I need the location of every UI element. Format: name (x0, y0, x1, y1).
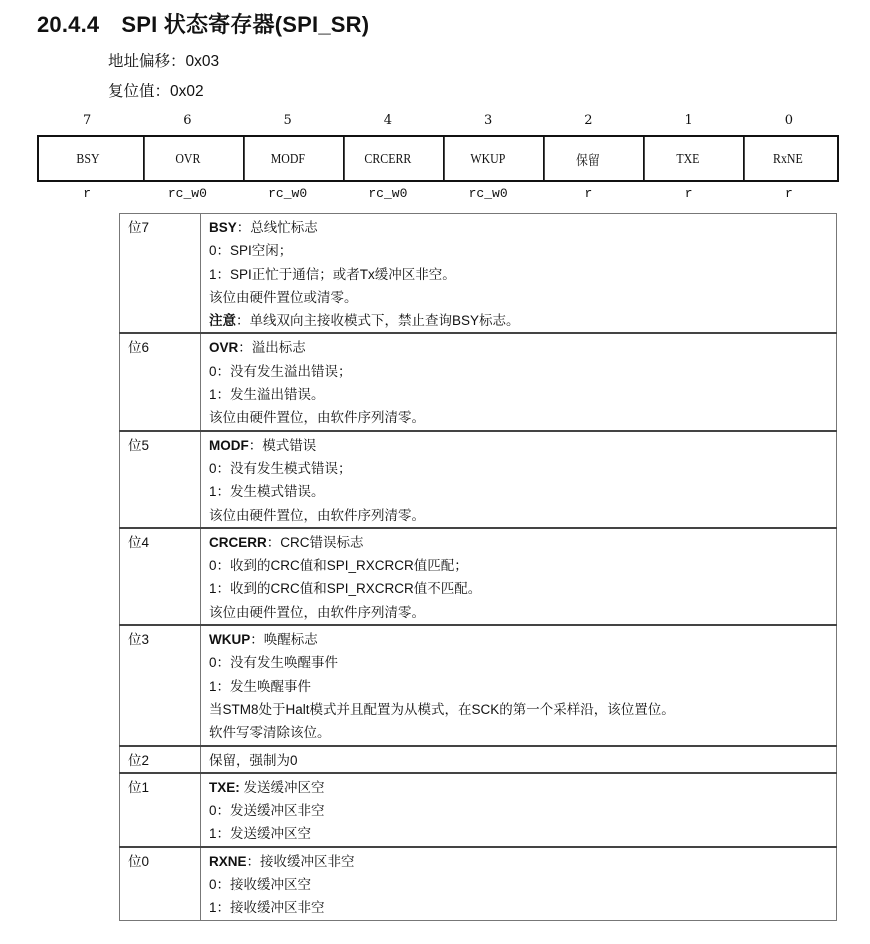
description-line: 0：没有发生唤醒事件 (209, 651, 836, 674)
bit-description: 保留，强制为0 (201, 746, 837, 773)
bit-number: 4 (338, 113, 438, 128)
register-field-ovr: OVR (143, 137, 231, 180)
register-field-wkup: WKUP (443, 137, 531, 180)
field-title: ：CRC错误标志 (267, 535, 364, 550)
access-type: r (639, 186, 739, 201)
register-bit-numbers: 7 6 5 4 3 2 1 0 (37, 113, 839, 128)
table-row: 位2 保留，强制为0 (120, 746, 837, 773)
access-type: rc_w0 (438, 186, 538, 201)
register-access-types: r rc_w0 rc_w0 rc_w0 rc_w0 r r r (37, 186, 839, 201)
description-line: 1：发送缓冲区空 (209, 822, 836, 845)
bit-description: MODF：模式错误 0：没有发生模式错误； 1：发生模式错误。 该位由硬件置位，… (201, 431, 837, 528)
section-number: 20.4.4 (37, 12, 99, 37)
description-line: 0：没有发生溢出错误； (209, 360, 836, 383)
description-line: 1：发生唤醒事件 (209, 675, 836, 698)
access-type: r (37, 186, 137, 201)
description-line: 1：发生模式错误。 (209, 480, 836, 503)
field-title: 发送缓冲区空 (240, 780, 325, 795)
bit-description-table: 位7 BSY：总线忙标志 0：SPI空闲； 1：SPI正忙于通信；或者Tx缓冲区… (119, 213, 837, 921)
register-field-crcerr: CRCERR (343, 137, 431, 180)
bit-number: 5 (238, 113, 338, 128)
description-line: 1：发生溢出错误。 (209, 383, 836, 406)
bit-number: 6 (137, 113, 237, 128)
description-line: 0：接收缓冲区空 (209, 873, 836, 896)
description-line: 当STM8处于Halt模式并且配置为从模式，在SCK的第一个采样沿，该位置位。 (209, 698, 836, 721)
bit-label: 位4 (120, 528, 201, 625)
field-title: ：溢出标志 (238, 340, 306, 355)
description-line: 0：SPI空闲； (209, 239, 836, 262)
description-line: 1：SPI正忙于通信；或者Tx缓冲区非空。 (209, 263, 836, 286)
field-name: OVR (209, 340, 238, 355)
reset-value-value: 0x02 (170, 83, 204, 100)
bit-label: 位3 (120, 625, 201, 745)
bit-number: 0 (739, 113, 839, 128)
description-line: 该位由硬件置位，由软件序列清零。 (209, 504, 836, 527)
address-offset-value: 0x03 (186, 53, 220, 70)
description-line: 该位由硬件置位，由软件序列清零。 (209, 601, 836, 624)
access-type: r (739, 186, 839, 201)
field-title: ：模式错误 (249, 438, 317, 453)
address-offset-label: 地址偏移： (108, 53, 186, 70)
field-name: TXE: (209, 780, 240, 795)
register-field-bsy: BSY (45, 137, 131, 180)
address-offset: 地址偏移：0x03 (108, 49, 219, 71)
reset-value: 复位值：0x02 (108, 79, 204, 101)
bit-label: 位6 (120, 333, 201, 430)
bit-label: 位1 (120, 773, 201, 847)
table-row: 位3 WKUP：唤醒标志 0：没有发生唤醒事件 1：发生唤醒事件 当STM8处于… (120, 625, 837, 745)
field-name: WKUP (209, 632, 250, 647)
description-line: 软件写零清除该位。 (209, 721, 836, 744)
bit-label: 位2 (120, 746, 201, 773)
access-type: rc_w0 (238, 186, 338, 201)
description-line: 1：接收缓冲区非空 (209, 896, 836, 919)
description-line: 1：收到的CRC值和SPI_RXCRCR值不匹配。 (209, 577, 836, 600)
field-name: MODF (209, 438, 249, 453)
description-line: 该位由硬件置位，由软件序列清零。 (209, 406, 836, 429)
field-name: CRCERR (209, 535, 267, 550)
field-name: BSY (209, 220, 237, 235)
table-row: 位4 CRCERR：CRC错误标志 0：收到的CRC值和SPI_RXCRCR值匹… (120, 528, 837, 625)
bit-label: 位5 (120, 431, 201, 528)
description-line: 该位由硬件置位或清零。 (209, 286, 836, 309)
table-row: 位1 TXE: 发送缓冲区空 0：发送缓冲区非空 1：发送缓冲区空 (120, 773, 837, 847)
bit-number: 7 (37, 113, 137, 128)
bit-description: OVR：溢出标志 0：没有发生溢出错误； 1：发生溢出错误。 该位由硬件置位，由… (201, 333, 837, 430)
bit-label: 位7 (120, 214, 201, 334)
access-type: rc_w0 (338, 186, 438, 201)
field-title: ：总线忙标志 (237, 220, 318, 235)
bit-description: WKUP：唤醒标志 0：没有发生唤醒事件 1：发生唤醒事件 当STM8处于Hal… (201, 625, 837, 745)
access-type: r (538, 186, 638, 201)
table-row: 位0 RXNE：接收缓冲区非空 0：接收缓冲区空 1：接收缓冲区非空 (120, 847, 837, 920)
note-label: 注意 (209, 313, 236, 328)
field-title: ：唤醒标志 (250, 632, 318, 647)
description-line: 0：没有发生模式错误； (209, 457, 836, 480)
description-line: 0：收到的CRC值和SPI_RXCRCR值匹配； (209, 554, 836, 577)
register-field-modf: MODF (243, 137, 331, 180)
reserved-text: 保留，强制为0 (209, 749, 836, 772)
bit-description: TXE: 发送缓冲区空 0：发送缓冲区非空 1：发送缓冲区空 (201, 773, 837, 847)
note-text: ：单线双向主接收模式下，禁止查询BSY标志。 (236, 313, 520, 328)
description-line: 0：发送缓冲区非空 (209, 799, 836, 822)
access-type: rc_w0 (137, 186, 237, 201)
section-title: SPI 状态寄存器(SPI_SR) (121, 12, 369, 37)
table-row: 位5 MODF：模式错误 0：没有发生模式错误； 1：发生模式错误。 该位由硬件… (120, 431, 837, 528)
page-title: 20.4.4SPI 状态寄存器(SPI_SR) (37, 8, 369, 39)
bit-number: 3 (438, 113, 538, 128)
reset-value-label: 复位值： (108, 83, 170, 100)
register-field-txe: TXE (643, 137, 731, 180)
table-row: 位6 OVR：溢出标志 0：没有发生溢出错误； 1：发生溢出错误。 该位由硬件置… (120, 333, 837, 430)
bit-description: RXNE：接收缓冲区非空 0：接收缓冲区空 1：接收缓冲区非空 (201, 847, 837, 920)
field-title: ：接收缓冲区非空 (247, 854, 355, 869)
bit-number: 1 (639, 113, 739, 128)
bit-label: 位0 (120, 847, 201, 920)
field-name: RXNE (209, 854, 247, 869)
table-row: 位7 BSY：总线忙标志 0：SPI空闲； 1：SPI正忙于通信；或者Tx缓冲区… (120, 214, 837, 334)
register-bitfield-table: BSY OVR MODF CRCERR WKUP 保留 TXE RxNE (37, 135, 839, 182)
bit-description: CRCERR：CRC错误标志 0：收到的CRC值和SPI_RXCRCR值匹配； … (201, 528, 837, 625)
bit-number: 2 (538, 113, 638, 128)
register-field-rxne: RxNE (743, 137, 831, 180)
register-field-reserved: 保留 (543, 137, 631, 180)
bit-description: BSY：总线忙标志 0：SPI空闲； 1：SPI正忙于通信；或者Tx缓冲区非空。… (201, 214, 837, 334)
